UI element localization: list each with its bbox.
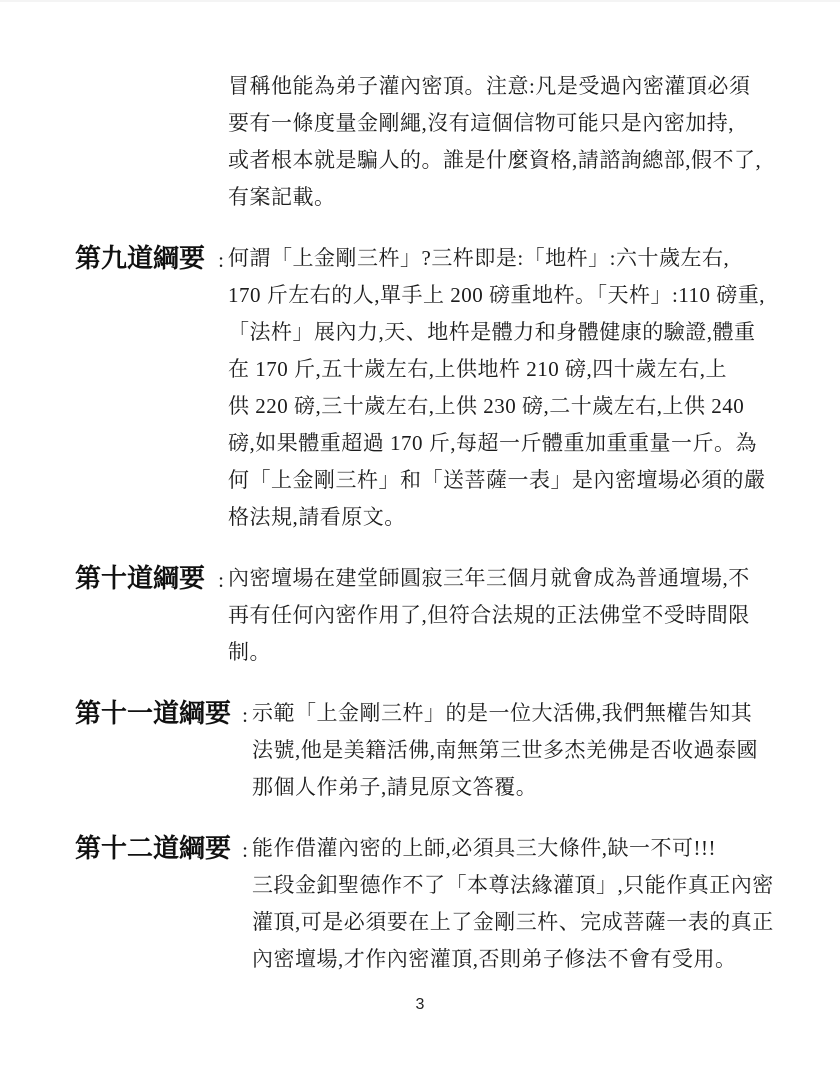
text-line: 在 170 斤,五十歲左右,上供地杵 210 磅,四十歲左右,上 bbox=[228, 351, 770, 388]
section-outline-11: 第十一道綱要 : 示範「上金剛三杵」的是一位大活佛,我們無權告知其法號,他是美籍… bbox=[75, 695, 770, 806]
section-9-heading: 第九道綱要 : bbox=[75, 240, 228, 279]
heading-colon: : bbox=[218, 242, 228, 279]
text-line: 內密壇場,才作內密灌頂,否則弟子修法不會有受用。 bbox=[252, 941, 770, 978]
text-line: 制。 bbox=[228, 634, 770, 671]
document-page: 冒稱他能為弟子灌內密頂。注意:凡是受過內密灌頂必須要有一條度量金剛繩,沒有這個信… bbox=[0, 0, 840, 1076]
section-9-body: 何謂「上金剛三杵」?三杵即是:「地杵」:六十歲左右,170 斤左右的人,單手上 … bbox=[228, 240, 770, 536]
text-line: 灌頂,可是必須要在上了金剛三杵、完成菩薩一表的真正 bbox=[252, 904, 770, 941]
heading-colon: : bbox=[218, 562, 228, 599]
text-line: 何謂「上金剛三杵」?三杵即是:「地杵」:六十歲左右, bbox=[228, 240, 770, 277]
section-10-heading: 第十道綱要 : bbox=[75, 560, 228, 599]
section-12-heading: 第十二道綱要 : bbox=[75, 830, 252, 869]
section-10-body: 內密壇場在建堂師圓寂三年三個月就會成為普通壇場,不再有任何內密作用了,但符合法規… bbox=[228, 560, 770, 671]
section-heading-label: 第十一道綱要 bbox=[75, 695, 231, 732]
text-line: 要有一條度量金剛繩,沒有這個信物可能只是內密加持, bbox=[228, 105, 770, 142]
text-line: 供 220 磅,三十歲左右,上供 230 磅,二十歲左右,上供 240 bbox=[228, 388, 770, 425]
text-line: 示範「上金剛三杵」的是一位大活佛,我們無權告知其 bbox=[252, 695, 770, 732]
text-line: 「法杵」展內力,天、地杵是體力和身體健康的驗證,體重 bbox=[228, 314, 770, 351]
text-line: 磅,如果體重超過 170 斤,每超一斤體重加重重量一斤。為 bbox=[228, 425, 770, 462]
text-line: 再有任何內密作用了,但符合法規的正法佛堂不受時間限 bbox=[228, 597, 770, 634]
text-line: 內密壇場在建堂師圓寂三年三個月就會成為普通壇場,不 bbox=[228, 560, 770, 597]
text-line: 冒稱他能為弟子灌內密頂。注意:凡是受過內密灌頂必須 bbox=[228, 68, 770, 105]
text-line: 或者根本就是騙人的。誰是什麼資格,請諮詢總部,假不了, bbox=[228, 142, 770, 179]
section-outline-9: 第九道綱要 : 何謂「上金剛三杵」?三杵即是:「地杵」:六十歲左右,170 斤左… bbox=[75, 240, 770, 536]
section-outline-10: 第十道綱要 : 內密壇場在建堂師圓寂三年三個月就會成為普通壇場,不再有任何內密作… bbox=[75, 560, 770, 671]
page-number: 3 bbox=[0, 994, 840, 1016]
text-line: 170 斤左右的人,單手上 200 磅重地杵。「天杵」:110 磅重, bbox=[228, 277, 770, 314]
section-11-body: 示範「上金剛三杵」的是一位大活佛,我們無權告知其法號,他是美籍活佛,南無第三世多… bbox=[252, 695, 770, 806]
section-12-body: 能作借灌內密的上師,必須具三大條件,缺一不可!!!三段金釦聖德作不了「本尊法緣灌… bbox=[252, 830, 770, 978]
section-11-heading: 第十一道綱要 : bbox=[75, 695, 252, 734]
heading-colon: : bbox=[242, 832, 252, 869]
heading-colon: : bbox=[242, 697, 252, 734]
text-line: 格法規,請看原文。 bbox=[228, 499, 770, 536]
section-outline-12: 第十二道綱要 : 能作借灌內密的上師,必須具三大條件,缺一不可!!!三段金釦聖德… bbox=[75, 830, 770, 978]
text-line: 能作借灌內密的上師,必須具三大條件,缺一不可!!! bbox=[252, 830, 770, 867]
text-line: 那個人作弟子,請見原文答覆。 bbox=[252, 769, 770, 806]
section-heading-label: 第十道綱要 bbox=[75, 560, 205, 597]
text-line: 何「上金剛三杵」和「送菩薩一表」是內密壇場必須的嚴 bbox=[228, 462, 770, 499]
text-line: 法號,他是美籍活佛,南無第三世多杰羌佛是否收過泰國 bbox=[252, 732, 770, 769]
section-heading-label: 第十二道綱要 bbox=[75, 830, 231, 867]
paragraph-continuation: 冒稱他能為弟子灌內密頂。注意:凡是受過內密灌頂必須要有一條度量金剛繩,沒有這個信… bbox=[228, 68, 770, 216]
text-line: 三段金釦聖德作不了「本尊法緣灌頂」,只能作真正內密 bbox=[252, 867, 770, 904]
section-heading-label: 第九道綱要 bbox=[75, 240, 205, 277]
text-line: 有案記載。 bbox=[228, 179, 770, 216]
